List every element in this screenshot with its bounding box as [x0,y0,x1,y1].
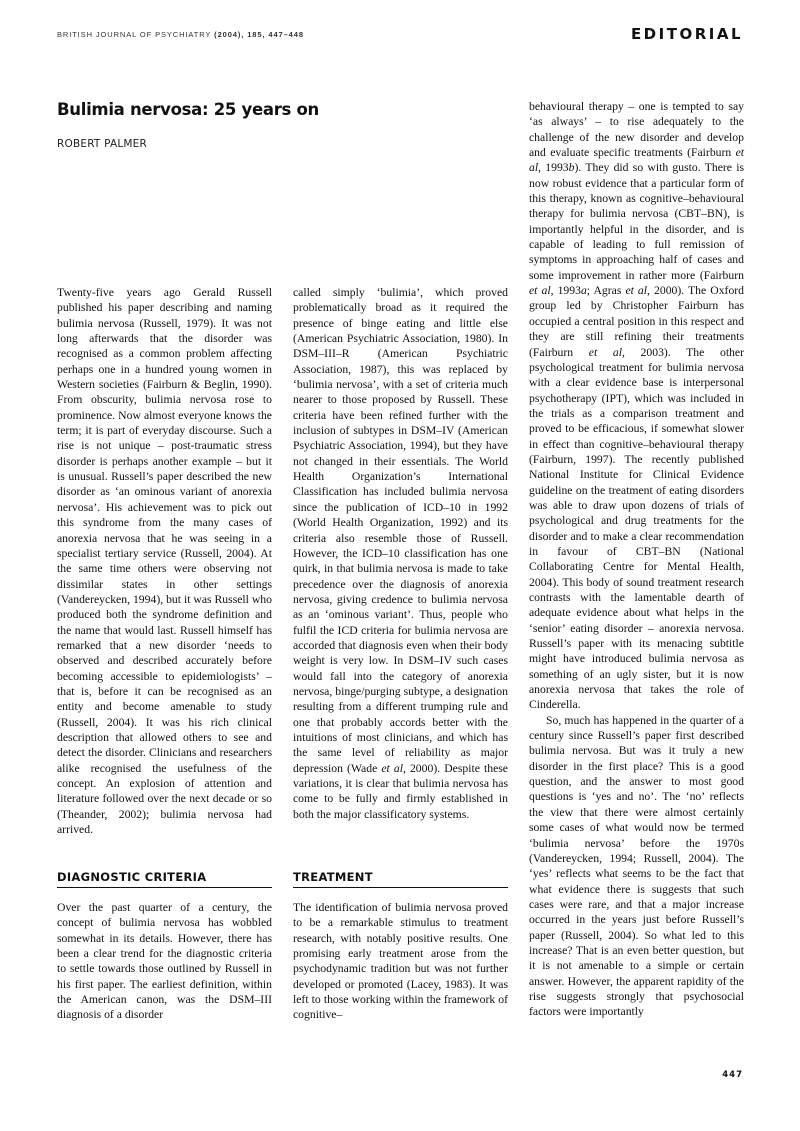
column-2-diagnostic: called simply ‘bulimia’, which proved pr… [293,285,508,822]
text-run: ; Agras [587,284,626,297]
text-run: , 2003). The other psychological treatme… [529,346,744,712]
text-run-italic: et al [529,284,551,297]
heading-treatment: TREATMENT [293,870,508,888]
treatment-paragraph-continued: behavioural therapy – one is tempted to … [529,99,744,713]
treatment-paragraph: The identification of bulimia nervosa pr… [293,900,508,1023]
text-run-italic: et al [381,762,403,775]
article-author: ROBERT PALMER [57,138,147,150]
heading-diagnostic-criteria: DIAGNOSTIC CRITERIA [57,870,272,888]
diagnostic-paragraph: Over the past quarter of a century, the … [57,900,272,1023]
column-1-diagnostic: Over the past quarter of a century, the … [57,900,272,1023]
text-run: , 1993 [538,161,569,174]
section-label: EDITORIAL [631,25,743,43]
page-number: 447 [722,1070,743,1080]
intro-paragraph: Twenty-five years ago Gerald Russell pub… [57,285,272,837]
journal-name: BRITISH JOURNAL OF PSYCHIATRY [57,30,211,39]
article-title: Bulimia nervosa: 25 years on [57,100,319,119]
text-run-italic: et al [589,346,622,359]
diagnostic-paragraph-continued: called simply ‘bulimia’, which proved pr… [293,285,508,822]
text-run: ). They did so with gusto. There is now … [529,161,744,281]
column-3-treatment: behavioural therapy – one is tempted to … [529,99,744,1020]
origins-paragraph: So, much has happened in the quarter of … [529,713,744,1020]
running-header: BRITISH JOURNAL OF PSYCHIATRY (2004), 18… [57,30,304,39]
column-2-treatment: The identification of bulimia nervosa pr… [293,900,508,1023]
text-run: called simply ‘bulimia’, which proved pr… [293,286,508,775]
text-run: behavioural therapy – one is tempted to … [529,100,744,159]
column-1-intro: Twenty-five years ago Gerald Russell pub… [57,285,272,837]
text-run: , 1993 [551,284,581,297]
journal-citation: (2004), 185, 447–448 [214,30,304,39]
text-run-italic: et al [625,284,647,297]
